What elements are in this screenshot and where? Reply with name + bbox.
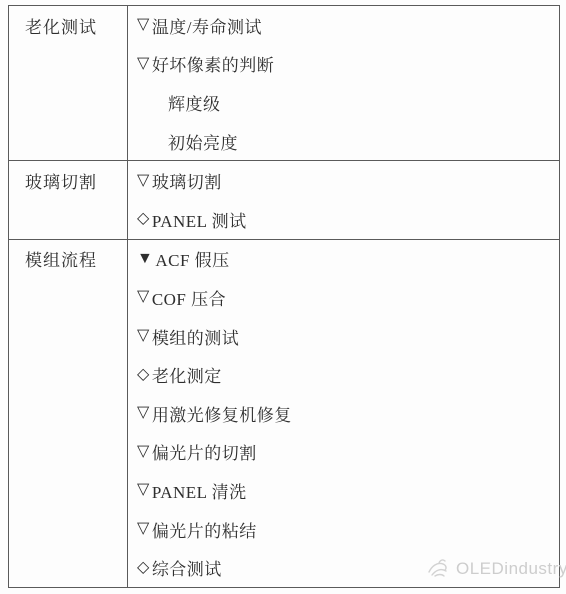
process-item: ▽PANEL 清洗	[137, 471, 559, 510]
process-item: 辉度级	[137, 83, 559, 122]
open-down-triangle-icon: ▽	[137, 405, 150, 421]
category-cell: 老化测试	[9, 6, 128, 160]
process-item: ▽偏光片的切割	[137, 433, 559, 472]
open-diamond-icon: ◇	[137, 560, 150, 576]
process-item: ▽用激光修复机修复	[137, 394, 559, 433]
process-item-label: 玻璃切割	[152, 168, 222, 193]
oled-process-table: 老化测试▽温度/寿命测试▽好坏像素的判断辉度级初始亮度玻璃切割▽玻璃切割◇PAN…	[8, 5, 560, 588]
page: 老化测试▽温度/寿命测试▽好坏像素的判断辉度级初始亮度玻璃切割▽玻璃切割◇PAN…	[0, 0, 566, 594]
process-item: ◇PANEL 测试	[137, 200, 559, 239]
process-item-label: 模组的测试	[152, 324, 240, 349]
process-item: ▽偏光片的粘结	[137, 510, 559, 549]
process-item-label: ACF 假压	[155, 246, 229, 271]
process-item-label: 好坏像素的判断	[152, 51, 275, 76]
open-down-triangle-icon: ▽	[137, 521, 150, 537]
category-cell: 模组流程	[9, 240, 128, 587]
open-down-triangle-icon: ▽	[137, 17, 150, 33]
process-item: ▽好坏像素的判断	[137, 45, 559, 84]
open-down-triangle-icon: ▽	[137, 56, 150, 72]
process-item: ▼ACF 假压	[137, 240, 559, 279]
process-item-label: 综合测试	[152, 555, 222, 580]
oledindustry-logo-icon	[426, 555, 452, 583]
table-row: 玻璃切割▽玻璃切割◇PANEL 测试	[9, 161, 559, 239]
category-label: 老化测试	[9, 6, 127, 45]
open-diamond-icon: ◇	[137, 367, 150, 383]
process-item: ▽模组的测试	[137, 317, 559, 356]
process-item-label: 用激光修复机修复	[152, 401, 292, 426]
table-row: 模组流程▼ACF 假压▽COF 压合▽模组的测试◇老化测定▽用激光修复机修复▽偏…	[9, 240, 559, 587]
process-item: ◇老化测定	[137, 355, 559, 394]
process-item: 初始亮度	[137, 122, 559, 161]
process-item-label: 温度/寿命测试	[152, 13, 262, 38]
process-item-label: 初始亮度	[168, 129, 238, 154]
process-item: ▽COF 压合	[137, 278, 559, 317]
process-item-label: COF 压合	[152, 285, 226, 310]
items-cell: ▼ACF 假压▽COF 压合▽模组的测试◇老化测定▽用激光修复机修复▽偏光片的切…	[128, 240, 559, 587]
items-cell: ▽玻璃切割◇PANEL 测试	[128, 161, 559, 238]
open-diamond-icon: ◇	[137, 211, 150, 227]
process-item-label: PANEL 测试	[152, 207, 247, 232]
open-down-triangle-icon: ▽	[137, 289, 150, 305]
table-row: 老化测试▽温度/寿命测试▽好坏像素的判断辉度级初始亮度	[9, 6, 559, 161]
open-down-triangle-icon: ▽	[137, 173, 150, 189]
watermark: OLEDindustry	[426, 553, 566, 585]
filled-down-triangle-icon: ▼	[137, 251, 153, 267]
category-label: 玻璃切割	[9, 161, 127, 200]
process-item: ▽玻璃切割	[137, 161, 559, 200]
process-item-label: 偏光片的粘结	[152, 517, 257, 542]
open-down-triangle-icon: ▽	[137, 328, 150, 344]
open-down-triangle-icon: ▽	[137, 482, 150, 498]
watermark-text: OLEDindustry	[456, 559, 566, 579]
items-cell: ▽温度/寿命测试▽好坏像素的判断辉度级初始亮度	[128, 6, 559, 160]
process-item-label: 老化测定	[152, 362, 222, 387]
process-item-label: PANEL 清洗	[152, 478, 247, 503]
process-item-label: 偏光片的切割	[152, 439, 257, 464]
category-cell: 玻璃切割	[9, 161, 128, 238]
category-label: 模组流程	[9, 240, 127, 279]
process-item: ▽温度/寿命测试	[137, 6, 559, 45]
open-down-triangle-icon: ▽	[137, 444, 150, 460]
process-item-label: 辉度级	[168, 90, 221, 115]
